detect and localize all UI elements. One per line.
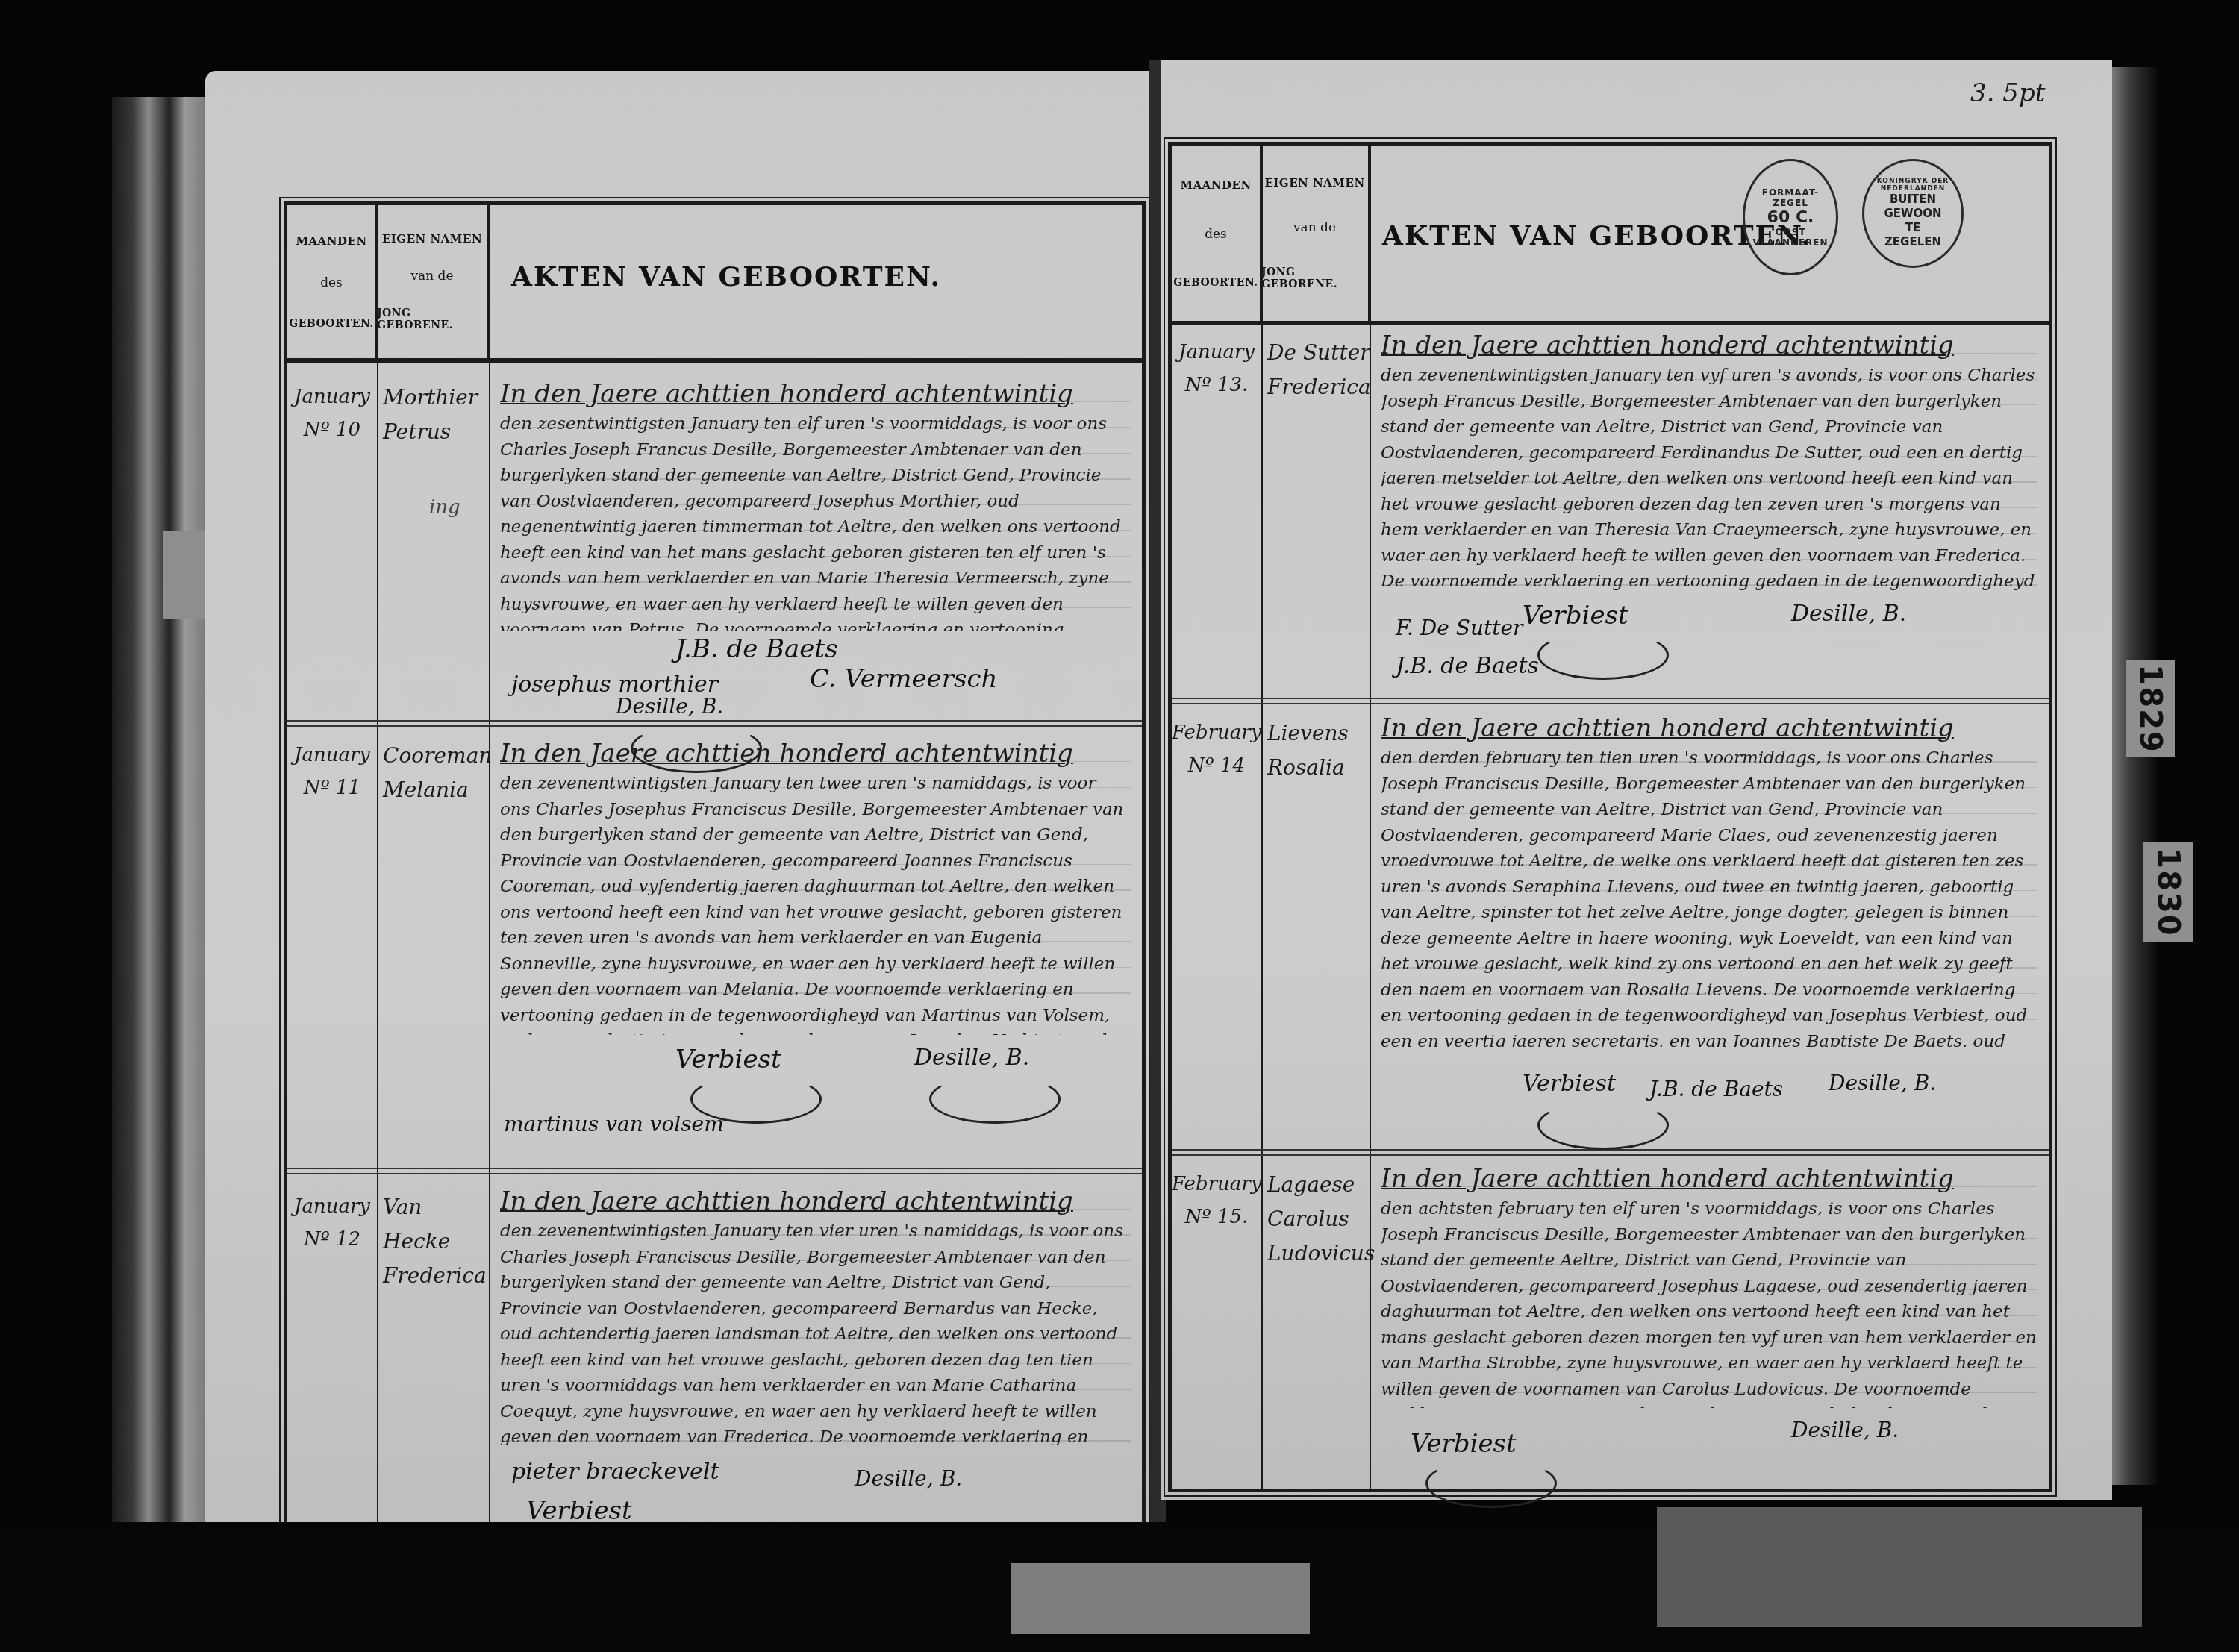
entry-opening-line: In den Jaere achttien honderd achtentwin… bbox=[500, 736, 1131, 771]
entry-name-cell: Lievens Rosalia bbox=[1267, 716, 1372, 785]
signature: pieter braeckevelt bbox=[511, 1459, 719, 1485]
entry-month: January bbox=[1172, 336, 1261, 369]
entry-month: January bbox=[287, 739, 377, 772]
column-divider bbox=[377, 205, 378, 1548]
entry-text: In den Jaere achttien honderd achtentwin… bbox=[1381, 711, 2037, 1047]
entry-month-cell: January Nº 11 bbox=[287, 739, 377, 804]
entry-month: February bbox=[1172, 716, 1261, 749]
entry-month-cell: January Nº 13. bbox=[1172, 336, 1261, 401]
header-text: MAANDEN bbox=[296, 234, 366, 248]
entry-opening-line: In den Jaere achttien honderd achtentwin… bbox=[1381, 711, 2037, 745]
entry-surname: Lievens bbox=[1267, 716, 1372, 751]
signature: Verbiest bbox=[1411, 1429, 1517, 1459]
year-tab-1829[interactable]: 1829 bbox=[2126, 660, 2175, 757]
entry-body: den achtsten february ten elf uren 's vo… bbox=[1381, 1199, 2037, 1408]
header-text: GEBOORTEN. bbox=[289, 318, 373, 330]
signature: C. Vermeersch bbox=[810, 664, 997, 694]
signature: martinus van volsem bbox=[504, 1112, 724, 1136]
archive-label-card bbox=[1657, 1507, 2142, 1627]
entry-number: Nº 15. bbox=[1172, 1201, 1261, 1233]
entry-text: In den Jaere achttien honderd achtentwin… bbox=[500, 377, 1131, 631]
signature: F. De Sutter bbox=[1396, 616, 1523, 640]
entry-surname: Lagaese bbox=[1267, 1168, 1372, 1202]
formaat-zegel-stamp: FORMAAT-ZEGEL 60 C. OOST VLAANDEREN bbox=[1743, 159, 1838, 275]
entry-surname: Morthier bbox=[383, 381, 487, 415]
signature: Desille, B. bbox=[616, 694, 723, 719]
header-months: MAANDEN des GEBOORTEN. bbox=[287, 205, 377, 358]
entry-given-name: Carolus Ludovicus bbox=[1267, 1202, 1372, 1271]
signature: J.B. de Baets bbox=[1396, 653, 1539, 679]
header-names: EIGEN NAMEN van de JONG GEBORENE. bbox=[377, 205, 489, 358]
header-text: JONG GEBORENE. bbox=[377, 307, 487, 331]
signature: Verbiest bbox=[675, 1045, 781, 1074]
stamp-text: GEWOON bbox=[1884, 207, 1941, 221]
entry-surname: Cooreman bbox=[383, 739, 487, 773]
entry-month: January bbox=[287, 1190, 377, 1223]
year-tab-1830[interactable]: 1830 bbox=[2143, 842, 2193, 942]
table-header: MAANDEN des GEBOORTEN. EIGEN NAMEN van d… bbox=[1172, 146, 2049, 325]
header-text: des bbox=[320, 275, 343, 290]
signature: Desille, B. bbox=[1829, 1071, 1936, 1095]
entry-name-cell: Cooreman Melania bbox=[383, 739, 487, 807]
entry-text: In den Jaere achttien honderd achtentwin… bbox=[500, 1184, 1131, 1445]
entry-opening-line: In den Jaere achttien honderd achtentwin… bbox=[1381, 1162, 2037, 1196]
signature: Desille, B. bbox=[914, 1045, 1029, 1071]
buitengewoon-zegel-stamp: KONINGRYK DER NEDERLANDEN BUITEN GEWOON … bbox=[1862, 159, 1964, 268]
entry-surname: De Sutter bbox=[1267, 336, 1372, 370]
entry-given-name: Melania bbox=[383, 773, 487, 807]
stamp-text: KONINGRYK DER NEDERLANDEN bbox=[1864, 178, 1961, 193]
book-cover-left-edge bbox=[112, 97, 216, 1582]
entry-text: In den Jaere achttien honderd achtentwin… bbox=[1381, 328, 2037, 597]
entry-month: January bbox=[287, 381, 377, 413]
entry-given-name: Frederica bbox=[383, 1259, 487, 1293]
entry-name-cell: Van Hecke Frederica bbox=[383, 1190, 487, 1293]
entry-opening-line: In den Jaere achttien honderd achtentwin… bbox=[1381, 328, 2037, 363]
stamp-value: 60 C. bbox=[1767, 208, 1814, 227]
header-text: van de bbox=[410, 269, 453, 284]
entry-number: Nº 13. bbox=[1172, 369, 1261, 401]
stamp-text: BUITEN bbox=[1890, 193, 1936, 207]
entry-opening-line: In den Jaere achttien honderd achtentwin… bbox=[500, 377, 1131, 411]
header-text: EIGEN NAMEN bbox=[1264, 176, 1364, 190]
entry-name-cell: Lagaese Carolus Ludovicus bbox=[1267, 1168, 1372, 1271]
signature: Desille, B. bbox=[1791, 1418, 1899, 1442]
left-register-table: MAANDEN des GEBOORTEN. EIGEN NAMEN van d… bbox=[284, 201, 1146, 1552]
entry-month-cell: February Nº 14 bbox=[1172, 716, 1261, 782]
entry-number: Nº 11 bbox=[287, 772, 377, 804]
header-text: GEBOORTEN. bbox=[1173, 277, 1258, 289]
row-divider bbox=[1172, 1149, 2049, 1156]
signature: Verbiest bbox=[1523, 601, 1628, 631]
entry-body: den zevenentwintigsten January ten twee … bbox=[500, 774, 1130, 1035]
header-names: EIGEN NAMEN van de JONG GEBORENE. bbox=[1261, 146, 1370, 321]
folio-number: 3. 5pt bbox=[1970, 78, 2045, 108]
header-text: EIGEN NAMEN bbox=[382, 232, 482, 245]
column-divider bbox=[1261, 146, 1263, 1489]
header-text: MAANDEN bbox=[1180, 178, 1251, 192]
entry-name-cell: Morthier Petrus bbox=[383, 381, 487, 449]
header-months: MAANDEN des GEBOORTEN. bbox=[1172, 146, 1261, 321]
entry-given-name: Rosalia bbox=[1267, 751, 1372, 785]
entry-month-cell: January Nº 12 bbox=[287, 1190, 377, 1256]
stamp-text: OOST VLAANDEREN bbox=[1745, 227, 1836, 248]
entry-body: den zevenentwintigsten January ten vyf u… bbox=[1381, 366, 2035, 597]
entry-text: In den Jaere achttien honderd achtentwin… bbox=[1381, 1162, 2037, 1408]
stamp-text: FORMAAT-ZEGEL bbox=[1745, 187, 1836, 208]
entry-given-name: Petrus bbox=[383, 415, 487, 449]
signature: Verbiest bbox=[526, 1496, 632, 1526]
entry-month-cell: January Nº 10 bbox=[287, 381, 377, 446]
cover-tab bbox=[163, 531, 207, 619]
header-text: des bbox=[1205, 227, 1227, 242]
header-text: van de bbox=[1293, 220, 1336, 235]
stamp-text: TE bbox=[1905, 221, 1920, 235]
entry-number: Nº 14 bbox=[1172, 749, 1261, 782]
row-divider bbox=[1172, 698, 2049, 704]
entry-surname: Van Hecke bbox=[383, 1190, 487, 1259]
entry-number: Nº 10 bbox=[287, 413, 377, 446]
signature: J.B. de Baets bbox=[675, 634, 838, 664]
page-title: AKTEN VAN GEBOORTEN. bbox=[511, 261, 941, 292]
entry-body: den zevenentwintigsten January ten vier … bbox=[500, 1221, 1130, 1445]
archive-label-card bbox=[1011, 1563, 1310, 1634]
entry-number: Nº 12 bbox=[287, 1223, 377, 1256]
entry-given-name: Frederica bbox=[1267, 370, 1372, 404]
entry-text: In den Jaere achttien honderd achtentwin… bbox=[500, 736, 1131, 1035]
entry-opening-line: In den Jaere achttien honderd achtentwin… bbox=[500, 1184, 1131, 1218]
year-tab-label: 1829 bbox=[2133, 664, 2167, 753]
entry-body: den derden february ten tien uren 's voo… bbox=[1381, 748, 2027, 1047]
entry-month: February bbox=[1172, 1168, 1261, 1201]
signature: Verbiest bbox=[1523, 1071, 1616, 1097]
right-register-table: MAANDEN des GEBOORTEN. EIGEN NAMEN van d… bbox=[1168, 142, 2052, 1492]
entry-month-cell: February Nº 15. bbox=[1172, 1168, 1261, 1233]
margin-note: ing bbox=[429, 496, 460, 519]
signature: Desille, B. bbox=[1791, 601, 1906, 627]
header-text: JONG GEBORENE. bbox=[1261, 266, 1368, 290]
column-divider bbox=[489, 205, 490, 1548]
page-edges-right bbox=[2112, 67, 2157, 1485]
signature: J.B. de Baets bbox=[1649, 1077, 1783, 1101]
entry-name-cell: De Sutter Frederica bbox=[1267, 336, 1372, 404]
table-header: MAANDEN des GEBOORTEN. EIGEN NAMEN van d… bbox=[287, 205, 1142, 363]
year-tab-label: 1830 bbox=[2151, 848, 2185, 936]
row-divider bbox=[287, 1168, 1142, 1174]
stamp-text: ZEGELEN bbox=[1884, 235, 1941, 249]
signature: Desille, B. bbox=[855, 1466, 962, 1491]
entry-body: den zesentwintigsten January ten elf ure… bbox=[500, 414, 1125, 631]
